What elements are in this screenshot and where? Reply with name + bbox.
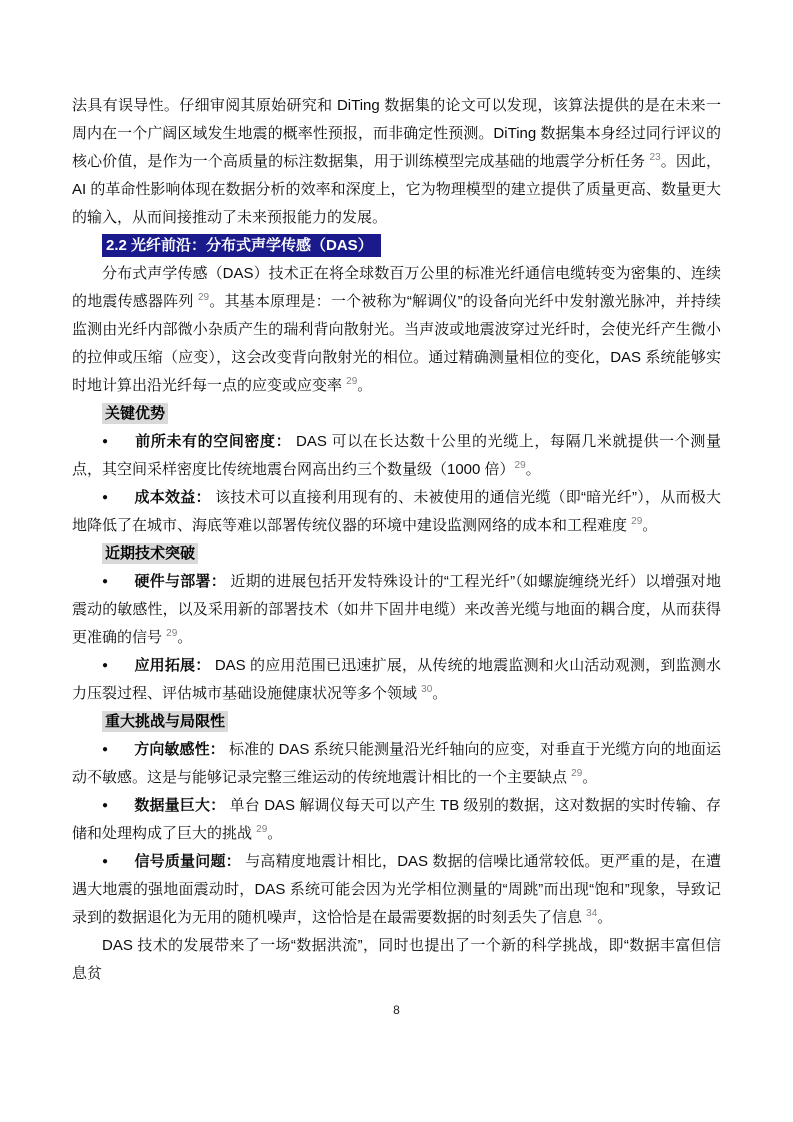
footnote-ref: 29: [256, 824, 267, 835]
subheading-major-challenges: 重大挑战与局限性: [102, 711, 228, 732]
footnote-ref: 29: [198, 292, 209, 303]
bullet-icon: ●: [102, 492, 108, 503]
paragraph-text: DAS 技术的发展带来了一场“数据洪流”，同时也提出了一个新的科学挑战，即“数据…: [72, 937, 721, 982]
footnote-ref: 29: [571, 768, 582, 779]
footnote-ref: 29: [346, 376, 357, 387]
paragraph-das-principle: 分布式声学传感（DAS）技术正在将全球数百万公里的标准光纤通信电缆转变为密集的、…: [72, 260, 721, 400]
subheading-row: 近期技术突破: [72, 540, 721, 568]
bullet-icon: ●: [102, 436, 109, 447]
footnote-ref: 34: [586, 908, 597, 919]
subheading-row: 重大挑战与局限性: [72, 708, 721, 736]
paragraph-text: 法具有误导性。仔细审阅其原始研究和 DiTing 数据集的论文可以发现，该算法提…: [72, 97, 721, 170]
bullet-item: ●方向敏感性： 标准的 DAS 系统只能测量沿光纤轴向的应变，对垂直于光缆方向的…: [72, 736, 721, 792]
footnote-ref: 30: [421, 684, 432, 695]
paragraph-intro: 法具有误导性。仔细审阅其原始研究和 DiTing 数据集的论文可以发现，该算法提…: [72, 92, 721, 232]
bullet-text: 。: [582, 769, 597, 786]
footnote-ref: 29: [631, 516, 642, 527]
bullet-item: ●成本效益： 该技术可以直接利用现有的、未被使用的通信光缆（即“暗光纤”），从而…: [72, 484, 721, 540]
bullet-label: 信号质量问题：: [134, 853, 241, 870]
bullet-icon: ●: [102, 660, 108, 671]
bullet-item: ●数据量巨大： 单台 DAS 解调仪每天可以产生 TB 级别的数据，这对数据的实…: [72, 792, 721, 848]
bullet-icon: ●: [102, 744, 108, 755]
bullet-text: 。: [177, 629, 192, 646]
bullet-label: 应用拓展：: [134, 657, 210, 674]
footnote-ref: 29: [515, 460, 526, 471]
footnote-ref: 29: [166, 628, 177, 639]
bullet-label: 成本效益：: [134, 489, 210, 506]
bullet-icon: ●: [102, 856, 108, 867]
footnote-ref: 23: [650, 152, 661, 163]
bullet-label: 硬件与部署：: [134, 573, 226, 590]
bullet-text: 。: [526, 461, 541, 478]
bullet-label: 前所未有的空间密度：: [135, 433, 292, 450]
subheading-key-advantages: 关键优势: [102, 403, 168, 424]
bullet-label: 方向敏感性：: [134, 741, 225, 758]
bullet-text: 。: [432, 685, 447, 702]
paragraph-closing: DAS 技术的发展带来了一场“数据洪流”，同时也提出了一个新的科学挑战，即“数据…: [72, 932, 721, 988]
bullet-item: ●硬件与部署： 近期的进展包括开发特殊设计的“工程光纤”（如螺旋缠绕光纤）以增强…: [72, 568, 721, 652]
page-number: 8: [72, 996, 721, 1024]
bullet-text: 。: [597, 909, 612, 926]
bullet-icon: ●: [102, 576, 108, 587]
bullet-item: ●前所未有的空间密度： DAS 可以在长达数十公里的光缆上，每隔几米就提供一个测…: [72, 428, 721, 484]
paragraph-text: 。: [357, 377, 372, 394]
subheading-row: 关键优势: [72, 400, 721, 428]
document-page: 法具有误导性。仔细审阅其原始研究和 DiTing 数据集的论文可以发现，该算法提…: [0, 0, 793, 1122]
bullet-icon: ●: [102, 800, 108, 811]
bullet-item: ●应用拓展： DAS 的应用范围已迅速扩展，从传统的地震监测和火山活动观测，到监…: [72, 652, 721, 708]
section-heading: 2.2 光纤前沿：分布式声学传感（DAS）: [102, 234, 381, 257]
subheading-recent-breakthroughs: 近期技术突破: [102, 543, 198, 564]
bullet-item: ●信号质量问题： 与高精度地震计相比，DAS 数据的信噪比通常较低。更严重的是，…: [72, 848, 721, 932]
section-heading-row: 2.2 光纤前沿：分布式声学传感（DAS）: [72, 232, 721, 260]
bullet-label: 数据量巨大：: [134, 797, 225, 814]
bullet-text: 。: [267, 825, 282, 842]
bullet-text: 。: [642, 517, 657, 534]
